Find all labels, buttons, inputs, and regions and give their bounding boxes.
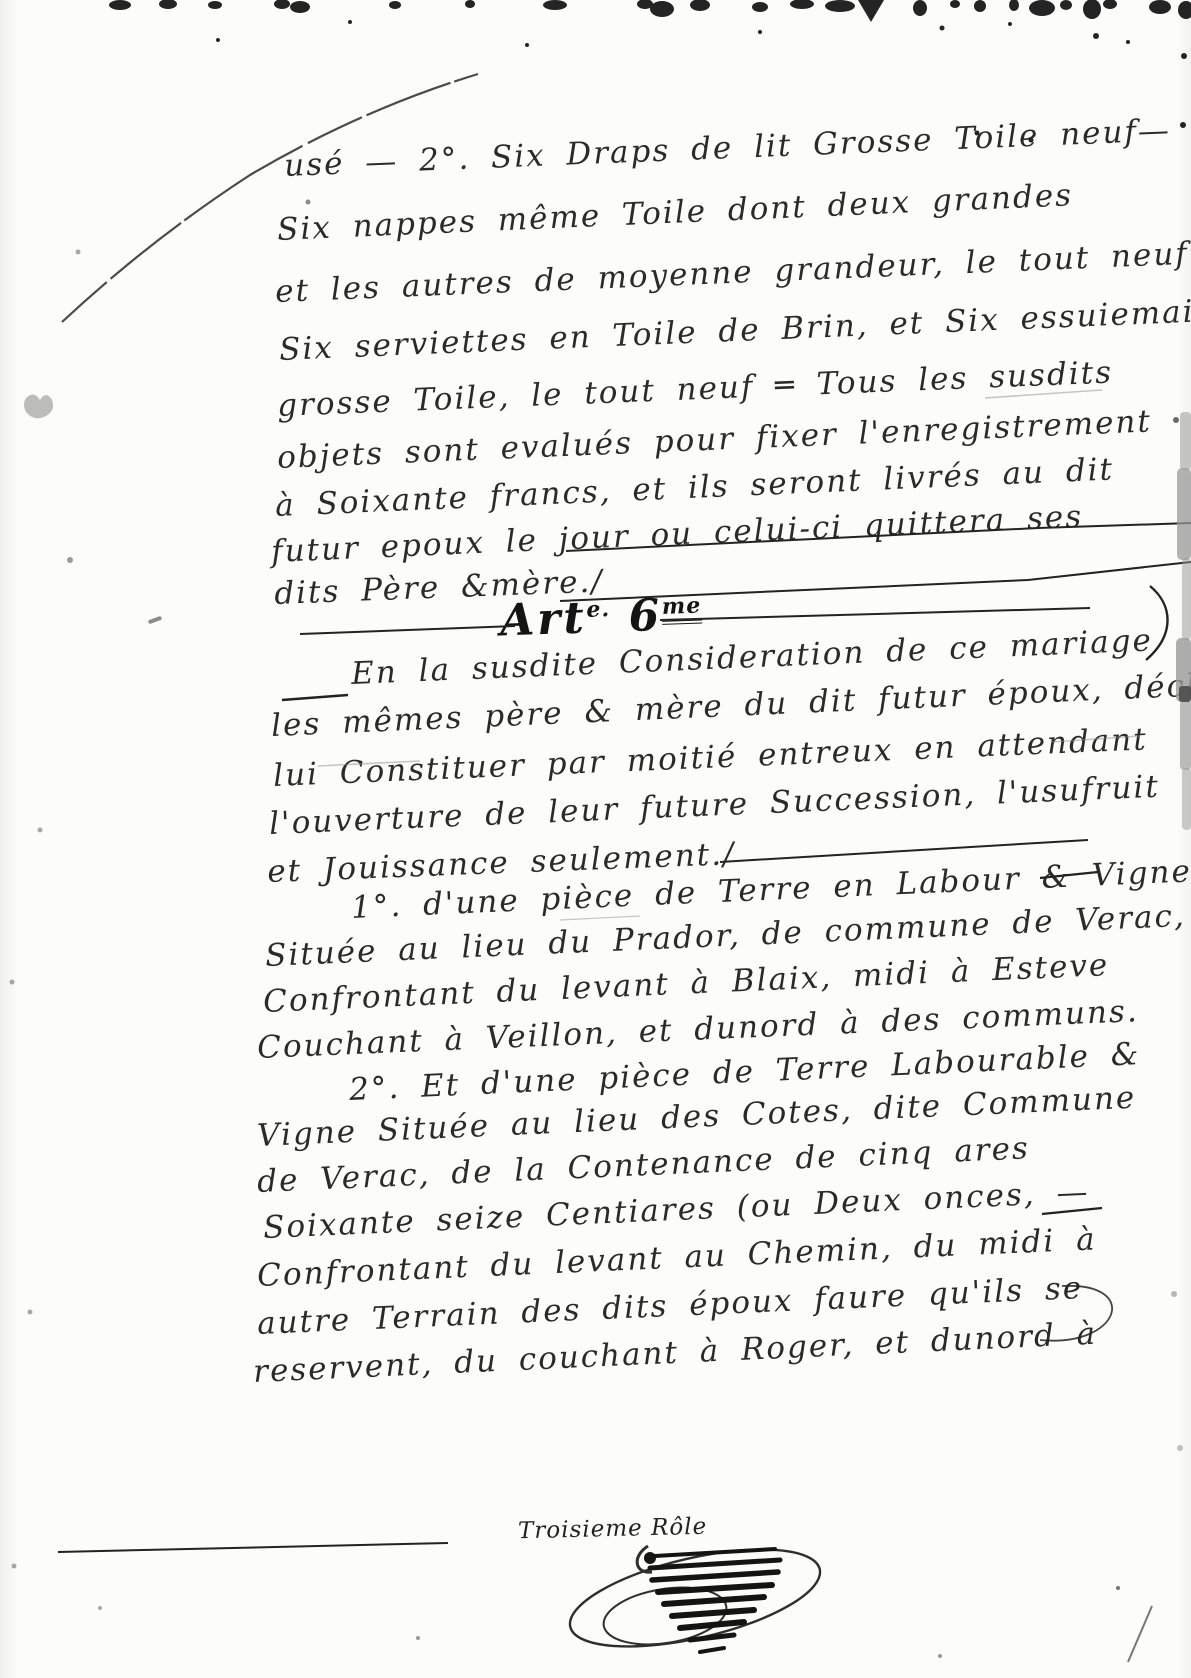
article-heading-number-sup: me xyxy=(661,593,701,625)
article-heading-word-sup: e. xyxy=(586,596,611,623)
article-heading: Arte. 6me xyxy=(499,588,702,646)
bottom-right-stroke xyxy=(416,1586,1152,1662)
page-role-label: Troisieme Rôle xyxy=(518,1514,708,1545)
signature-flourish xyxy=(561,1530,828,1666)
manuscript-line-1: usé — 2°. Six Draps de lit Grosse Toile … xyxy=(284,112,1172,184)
manuscript-line-2: Six nappes même Toile dont deux grandes xyxy=(276,177,1073,248)
manuscript-page: usé — 2°. Six Draps de lit Grosse Toile … xyxy=(0,0,1191,1678)
article-heading-word: Art xyxy=(499,593,587,647)
article-heading-number: 6 xyxy=(628,590,663,642)
left-margin-specks xyxy=(10,200,311,1611)
